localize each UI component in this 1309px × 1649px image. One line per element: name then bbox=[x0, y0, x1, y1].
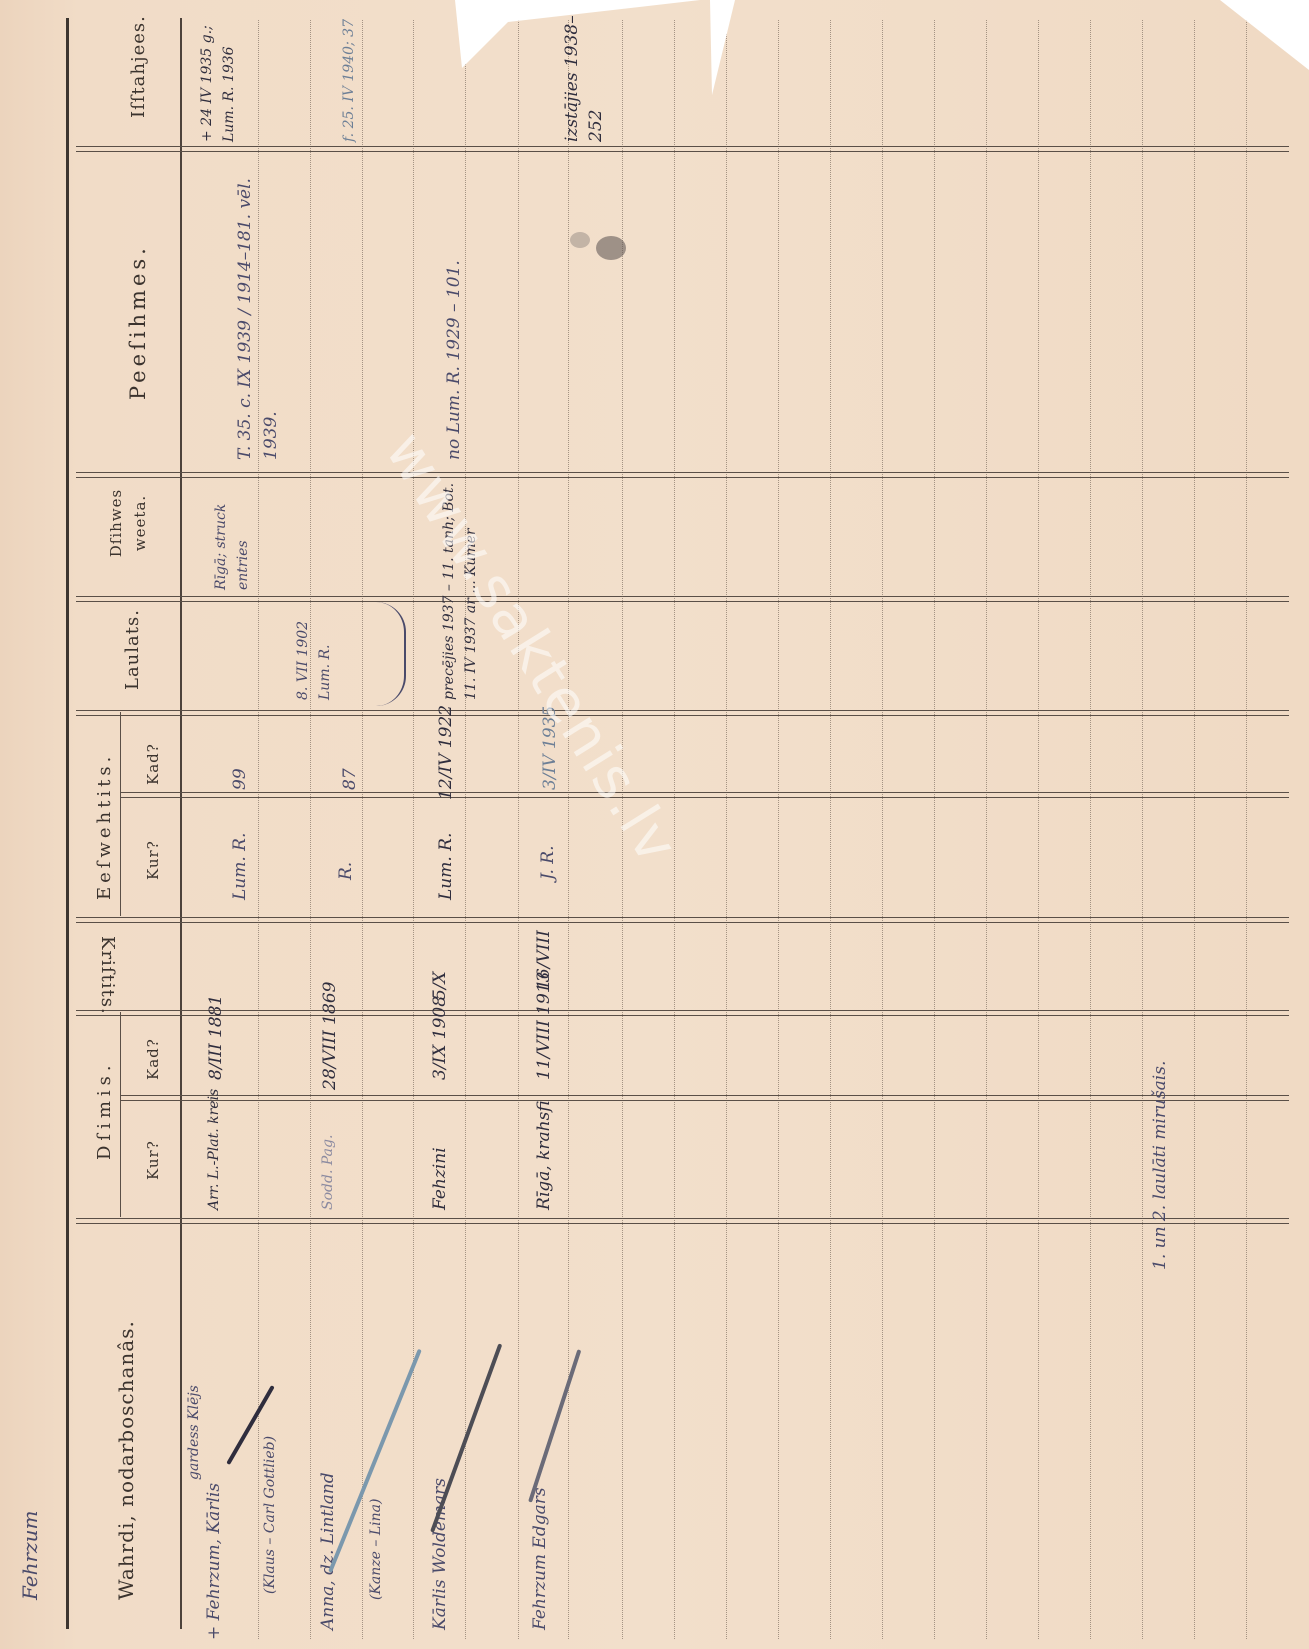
entry2-confirmation-when: 87 bbox=[340, 768, 360, 790]
header-baptism: Kriſtits. bbox=[97, 936, 118, 1015]
header-notes: Peeſihmes. bbox=[126, 244, 150, 400]
header-separator bbox=[180, 18, 182, 1629]
entry3-confirmation-where: Lum. R. bbox=[436, 833, 456, 900]
entry4-baptism: 16/VIII bbox=[534, 930, 554, 990]
divider-marriage-confirmation bbox=[76, 710, 1289, 716]
footnote: 1. un 2. laulāti mirušais. bbox=[1150, 1061, 1170, 1270]
entry1-residence: Rīgā; struck entries bbox=[210, 480, 254, 590]
entry4-birth-where: Rīgā, krahsfi bbox=[534, 1100, 554, 1210]
entry4-name: Fehrzum Edgars bbox=[530, 1487, 550, 1630]
entry1-birth-when: 8/III 1881 bbox=[206, 995, 226, 1080]
header-birth: Dſimis. bbox=[94, 1060, 115, 1160]
entry2-birth-when: 28/VIII 1869 bbox=[320, 982, 340, 1090]
entry4-confirmation-where: J. R. bbox=[538, 845, 558, 880]
divider-baptism-birth bbox=[76, 1010, 1289, 1016]
entry1-name: + Fehrzum, Kārlis bbox=[204, 1483, 224, 1640]
header-confirmation-where: Kur? bbox=[144, 840, 162, 880]
divider-birth-when-where bbox=[120, 1095, 1289, 1101]
header-departed: Iſſtahjees. bbox=[128, 15, 149, 118]
marriage-brace bbox=[254, 602, 406, 706]
ink-stain bbox=[596, 236, 626, 260]
register-page: Fehrzum Iſſtahjees. Peeſihmes. Dſihwes w… bbox=[0, 0, 1309, 1649]
entry3-confirmation-when: 12/IV 1922 bbox=[436, 705, 456, 800]
header-residence: Dſihwes weeta. bbox=[104, 478, 152, 568]
entry2-departed: f. 25. IV 1940; 37 bbox=[338, 12, 360, 142]
entry3-departed: izstājies 1938–252 bbox=[560, 12, 608, 142]
header-name: Wahrdi, nodarboschanâs. bbox=[114, 1320, 138, 1600]
divider-conf-when-where bbox=[120, 792, 1289, 798]
divider-departed-notes bbox=[76, 146, 1289, 152]
header-birth-when: Kad? bbox=[144, 1038, 162, 1080]
header-confirmation: Eeſwehtits. bbox=[94, 753, 115, 900]
entry1-name-alias: (Klaus – Carl Gottlieb) bbox=[262, 1436, 278, 1594]
divider-birth-name bbox=[76, 1218, 1289, 1224]
entry3-birth-when: 3/IX 1908 bbox=[430, 996, 450, 1080]
entry2-birth-where: Sodd. Pag. bbox=[320, 1135, 336, 1210]
entry1-confirmation-where: Lum. R. bbox=[230, 833, 250, 900]
outer-border bbox=[66, 18, 69, 1629]
entry3-birth-where: Fehzini bbox=[430, 1147, 450, 1210]
entry1-departed: + 24 IV 1935 g.; Lum. R. 1936 bbox=[196, 12, 240, 142]
watermark: www.saktenis.lv bbox=[372, 420, 692, 876]
margin-note: Fehrzum bbox=[18, 1511, 42, 1600]
entry1-birth-where: Arr. L.-Plat. kreis bbox=[206, 1089, 222, 1210]
entry1-name-note: gardess Klējs bbox=[186, 1385, 202, 1480]
entry3-baptism: 5/X bbox=[430, 971, 450, 1000]
divider-confirmation-baptism bbox=[76, 917, 1289, 923]
header-confirmation-when: Kad? bbox=[144, 743, 162, 785]
header-birth-where: Kur? bbox=[144, 1140, 162, 1180]
entry2-name-alias: (Kanze – Lina) bbox=[368, 1499, 384, 1600]
header-marriage: Laulats. bbox=[122, 609, 143, 690]
divider-notes-residence bbox=[76, 472, 1289, 478]
entry3-notes: no Lum. R. 1929 – 101. bbox=[444, 260, 464, 460]
entry1-confirmation-when: 99 bbox=[230, 768, 250, 790]
entry1-notes: T. 35. c. IX 1939 / 1914–181. vēl. 1939. bbox=[232, 160, 284, 460]
entry2-confirmation-where: R. bbox=[336, 862, 356, 880]
